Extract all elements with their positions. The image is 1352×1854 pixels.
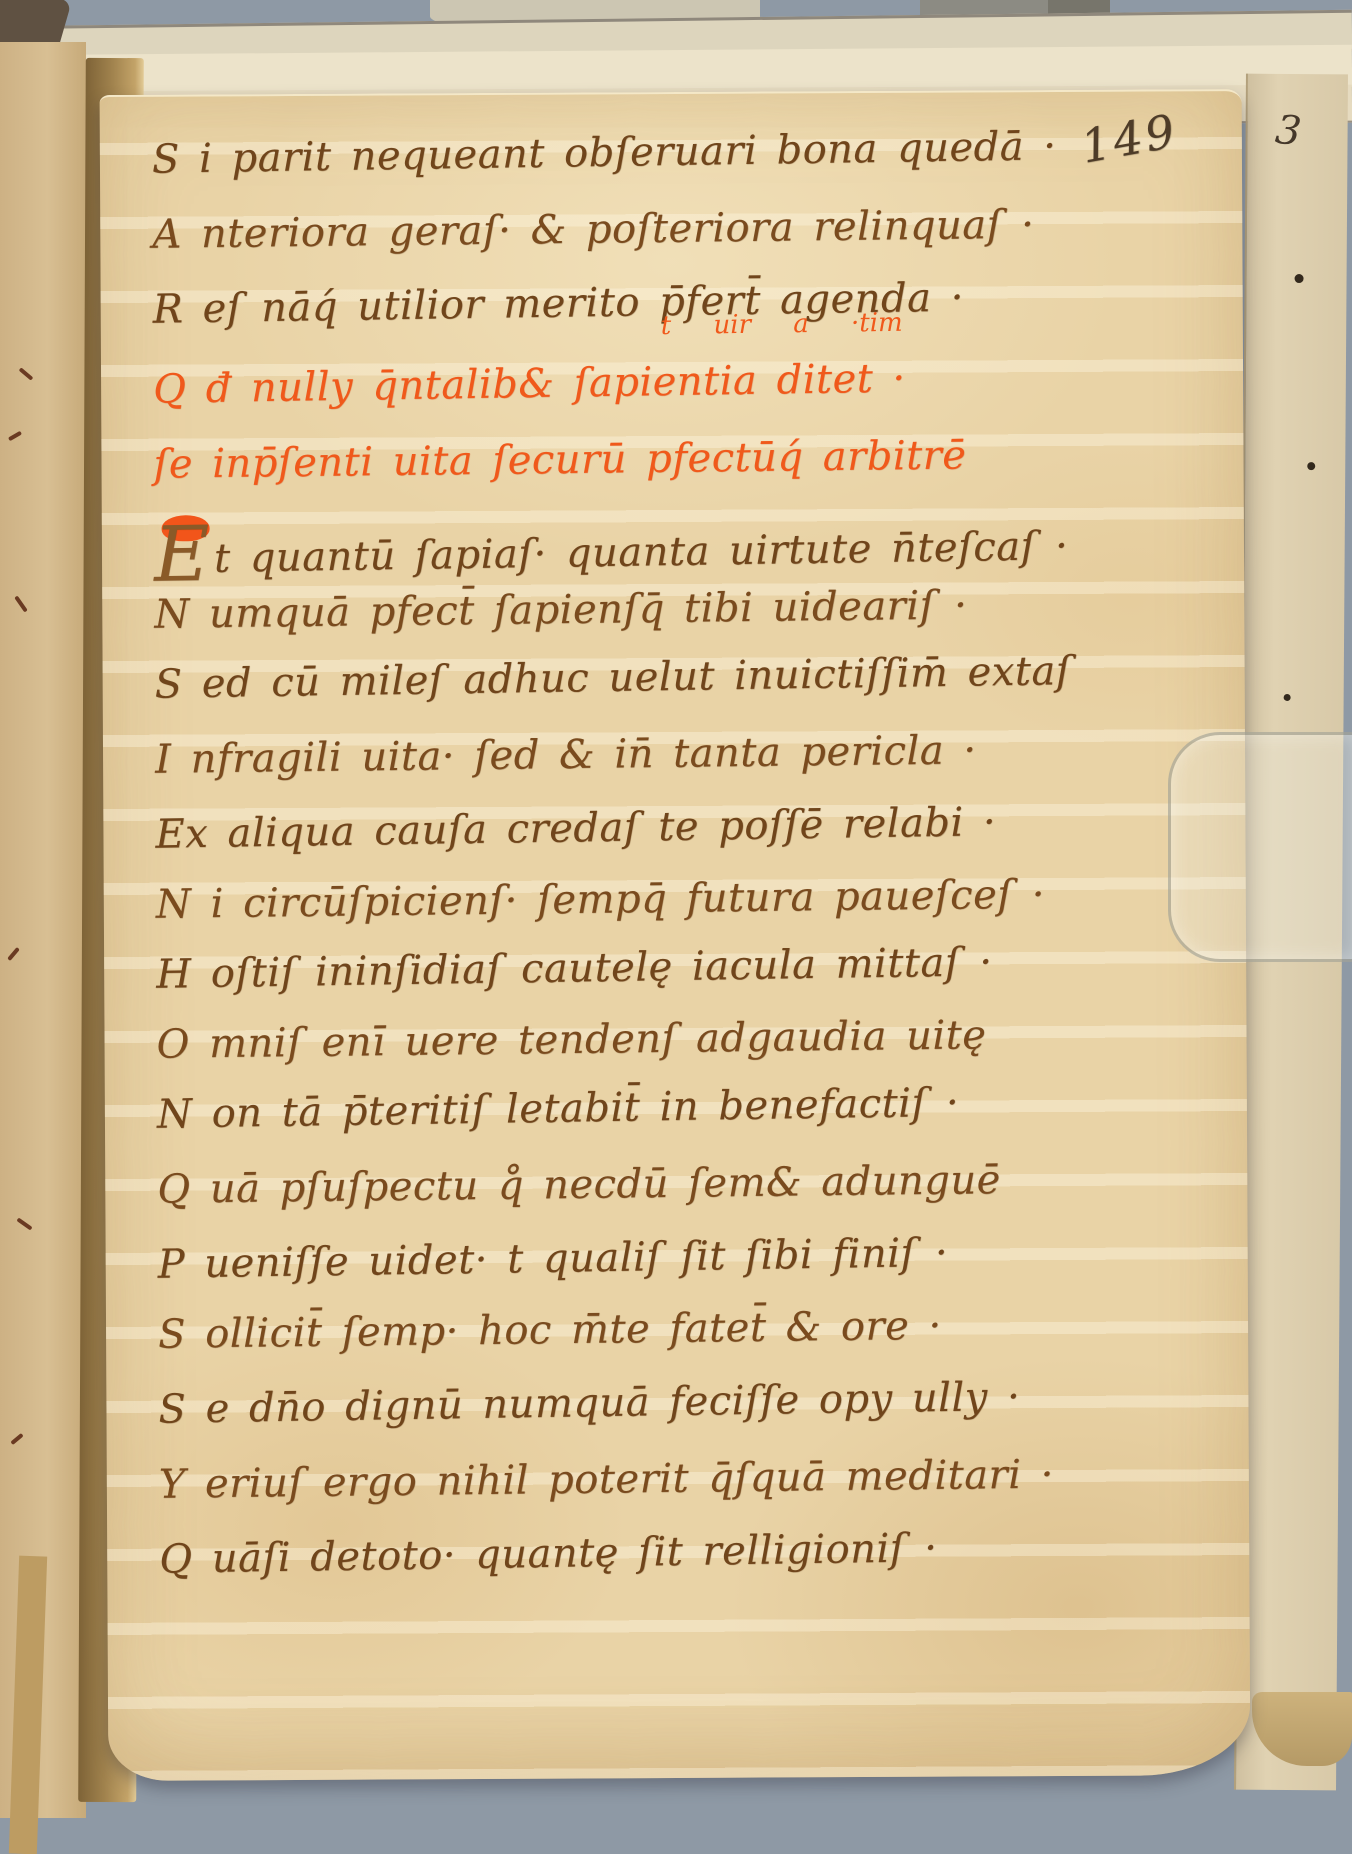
ink-speck (1307, 462, 1315, 470)
ink-trace (10, 1433, 23, 1445)
ink-trace (16, 1217, 32, 1230)
manuscript-line-text: t quantū ſapiaſ· quanta uirtute n̄teſcaſ… (214, 523, 1069, 582)
manuscript-line: Q uāſi detoto· quantę ſit relligioniſ · (159, 1528, 938, 1580)
folio-number: 149 (1077, 103, 1182, 173)
ink-trace (8, 431, 22, 441)
manuscript-line: Q đ nully q̄ntalib& ſapientia ditet · (153, 359, 906, 410)
manuscript-line: Y eriuſ ergo nihil poterit q̄ſquā medita… (159, 1455, 1054, 1505)
ink-speck (1284, 694, 1291, 701)
manuscript-line: S i parit nequeant obſeruari bona quedā … (152, 126, 1057, 179)
ink-trace (7, 947, 20, 961)
ink-speck (1295, 274, 1304, 283)
ink-trace (19, 367, 34, 380)
manuscript-line: Q uā pſuſpectu q̊ necdū ſem& adunguē (157, 1160, 1001, 1210)
manuscript-line: Ex aliqua cauſa credaſ te poſſē relabi · (155, 802, 996, 854)
manuscript-photo: 3 149 S i parit nequeant obſeruari bona … (0, 0, 1352, 1854)
previous-page-edge (0, 42, 86, 1818)
manuscript-line: S ed cū mileſ adhuc uelut inuictiſſim̄ e… (154, 651, 1071, 705)
manuscript-line: N i circūſpicienſ· ſempq̄ futura paueſce… (156, 875, 1046, 925)
illuminated-initial: E (153, 509, 210, 599)
manuscript-line: A nteriora geraſ· & poſteriora relinquaſ… (152, 205, 1035, 255)
manuscript-line: S ollicit̄ ſemp· hoc m̄te fatet̄ & ore · (158, 1306, 942, 1355)
manuscript-line: N on tā p̄teritiſ letabit̄ in benefactiſ… (157, 1083, 960, 1135)
quire-number: 3 (1273, 107, 1303, 156)
manuscript-line: H oſtiſ ininſidiaſ cautelę iacula mittaſ… (156, 942, 993, 994)
manuscript-line: S e dn̄o dignū numquā feciſſe opy ully · (158, 1377, 1020, 1430)
manuscript-line: ſe inp̄ſenti uita ſecurū pfectūq́ arbitr… (153, 436, 966, 485)
plastic-tab (1168, 732, 1352, 962)
manuscript-line: O mniſ enī uere tendenſ adgaudia uitę (156, 1015, 986, 1064)
manuscript-line: Et quantū ſapiaſ· quanta uirtute n̄teſca… (154, 511, 1069, 585)
manuscript-line: P ueniſſe uidet· t qualiſ ſit ſibi finiſ… (157, 1233, 948, 1285)
manuscript-line: I nfragili uita· ſed & in̄ tanta pericla… (155, 730, 977, 779)
interlinear-gloss: t uir a ·tim (661, 308, 903, 341)
ink-trace (14, 595, 28, 612)
parchment-page: 149 S i parit nequeant obſeruari bona qu… (100, 89, 1251, 1781)
manuscript-line: N umquā pfect̄ ſapienſq̄ tibi uideariſ · (154, 585, 967, 634)
